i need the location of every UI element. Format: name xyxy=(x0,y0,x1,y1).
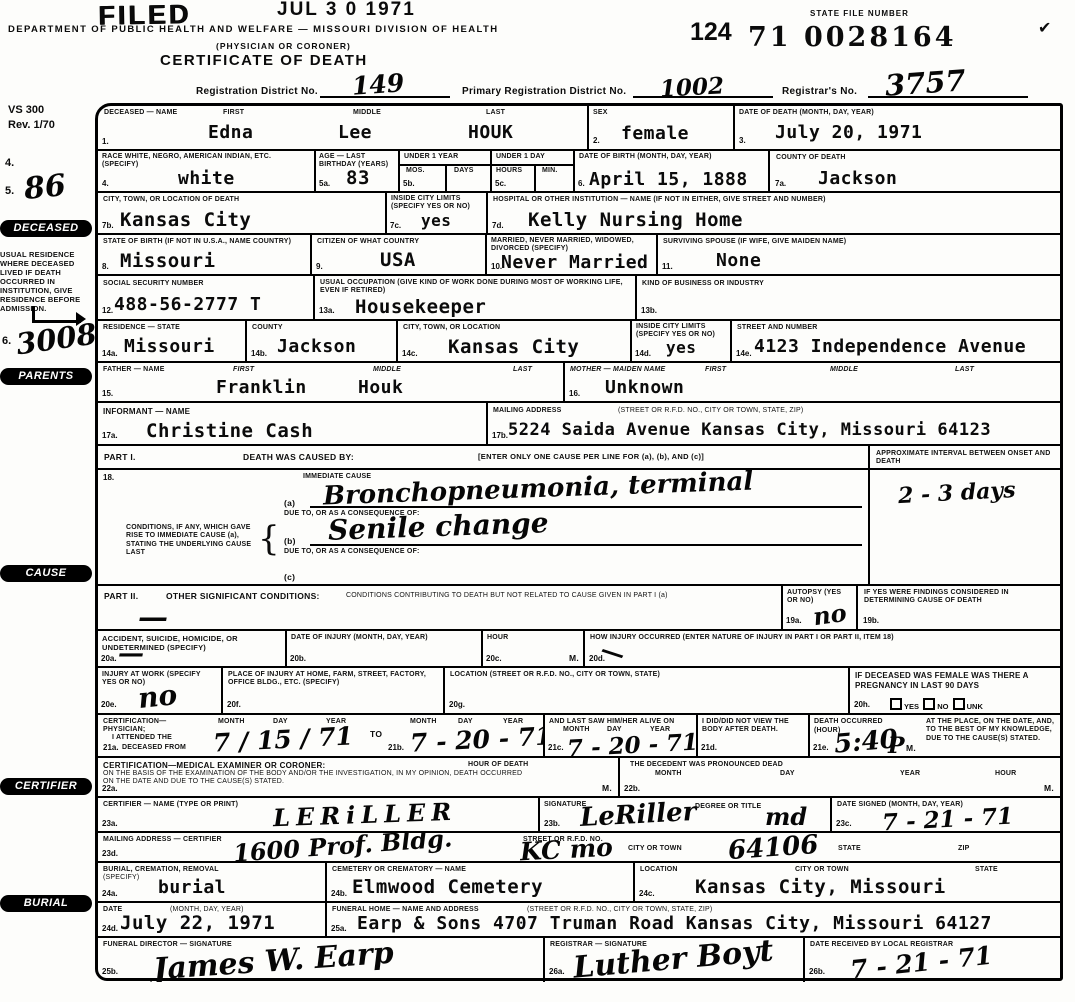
date-of-death-label: DATE OF DEATH (MONTH, DAY, YEAR) xyxy=(739,109,874,117)
pregnancy-unk-label: UNK xyxy=(967,702,983,711)
pronounced-hour-label: HOUR xyxy=(995,770,1016,778)
middle-name-value: Lee xyxy=(338,124,372,142)
certification-label-3: I ATTENDED THE xyxy=(112,734,172,742)
spouse-value: None xyxy=(716,252,761,270)
county-of-death-label: COUNTY OF DEATH xyxy=(776,154,846,162)
other-significant-label: OTHER SIGNIFICANT CONDITIONS: xyxy=(166,591,320,601)
field-other-significant-conditions: PART II. OTHER SIGNIFICANT CONDITIONS: C… xyxy=(98,586,781,629)
margin-item-6-value: 3008 xyxy=(14,317,99,362)
item-23b: 23b. xyxy=(544,820,560,828)
certificate-form: DECEASED — NAME FIRST MIDDLE LAST 1. Edn… xyxy=(95,103,1063,981)
under-1-year-label: UNDER 1 YEAR xyxy=(404,153,458,161)
field-pregnancy: IF DECEASED WAS FEMALE WAS THERE A PREGN… xyxy=(848,668,1060,713)
street-number-label: STREET AND NUMBER xyxy=(737,324,818,332)
reg-district-value: 149 xyxy=(351,68,405,101)
field-funeral-home: FUNERAL HOME — NAME AND ADDRESS (STREET … xyxy=(325,903,1060,936)
item-11: 11. xyxy=(662,263,673,271)
hour-of-injury-label: HOUR xyxy=(487,634,508,642)
field-state-of-birth: STATE OF BIRTH (IF NOT IN U.S.A., NAME C… xyxy=(98,235,310,274)
certification-label-4: DECEASED FROM xyxy=(122,744,186,752)
informant-label: INFORMANT — NAME xyxy=(103,407,190,417)
pronounced-m-label: M. xyxy=(1044,783,1054,793)
date-of-injury-label: DATE OF INJURY (MONTH, DAY, YEAR) xyxy=(291,634,428,642)
item-22b: 22b. xyxy=(624,785,640,793)
field-under-1-year: UNDER 1 YEAR MOS. DAYS 5b. xyxy=(398,151,490,191)
field-place-of-injury: PLACE OF INJURY AT HOME, FARM, STREET, F… xyxy=(221,668,443,713)
margin-item-6: 6. xyxy=(2,336,11,347)
age-value: 83 xyxy=(346,169,370,188)
under-1-day-label: UNDER 1 DAY xyxy=(496,153,545,161)
pregnancy-yes-checkbox xyxy=(890,698,902,710)
item-8: 8. xyxy=(102,263,109,271)
field-last-saw-alive: AND LAST SAW HIM/HER ALIVE ON MONTH DAY … xyxy=(543,715,696,756)
item-7a: 7a. xyxy=(775,180,786,188)
item-18: 18. xyxy=(103,474,114,482)
caused-by-label: DEATH WAS CAUSED BY: xyxy=(243,452,354,462)
field-burial-date: DATE (MONTH, DAY, YEAR) 24d. July 22, 19… xyxy=(98,903,325,936)
part2-handwritten-dash: — xyxy=(138,600,168,629)
field-industry: KIND OF BUSINESS OR INDUSTRY 13b. xyxy=(635,276,1060,319)
field-certifier-signature: SIGNATURE 23b. LeRiller DEGREE OR TITLE … xyxy=(538,798,830,831)
field-mother-name: MOTHER — MAIDEN NAME FIRST MIDDLE LAST 1… xyxy=(563,363,1060,401)
sex-value: female xyxy=(621,125,689,143)
field-certification-me: CERTIFICATION—MEDICAL EXAMINER OR CORONE… xyxy=(98,758,618,796)
spouse-label: SURVIVING SPOUSE (IF WIFE, GIVE MAIDEN N… xyxy=(663,238,846,246)
mother-name-label: MOTHER — MAIDEN NAME xyxy=(570,366,665,374)
death-hour-m-label: M. xyxy=(906,743,916,753)
checkmark-icon: ✔ xyxy=(1038,18,1051,38)
residence-county-label: COUNTY xyxy=(252,324,283,332)
field-funeral-director-signature: FUNERAL DIRECTOR — SIGNATURE 25b. James … xyxy=(98,938,543,982)
item-23a: 23a. xyxy=(102,820,118,828)
primary-district-label: Primary Registration District No. xyxy=(462,86,626,98)
cause-a-label: (a) xyxy=(284,498,295,508)
field-certifier-mailing-address: MAILING ADDRESS — CERTIFIER 23d. 1600 Pr… xyxy=(98,833,1060,861)
race-value: white xyxy=(178,170,235,188)
item-14c: 14c. xyxy=(402,350,418,358)
due-to-2-label: DUE TO, OR AS A CONSEQUENCE OF: xyxy=(284,548,420,556)
pronounced-month-label: MONTH xyxy=(655,770,682,778)
certifier-street-value: 1600 Prof. Bldg. xyxy=(232,833,453,861)
burial-type-value: burial xyxy=(158,879,226,897)
item-20g: 20g. xyxy=(449,701,465,709)
mother-value: Unknown xyxy=(605,379,684,397)
last-label: LAST xyxy=(486,109,505,117)
item-20h: 20h. xyxy=(854,701,870,709)
certifier-name-value: LERiLLER xyxy=(273,798,458,831)
cemetery-city-label: CITY OR TOWN xyxy=(795,866,849,874)
item-7c: 7c. xyxy=(390,222,401,230)
field-certifier-name: CERTIFIER — NAME (TYPE OR PRINT) 23a. LE… xyxy=(98,798,538,831)
field-date-of-birth: DATE OF BIRTH (MONTH, DAY, YEAR) 6. Apri… xyxy=(573,151,768,191)
death-certificate-page: DEPARTMENT OF PUBLIC HEALTH AND WELFARE … xyxy=(0,0,1075,1002)
first-name-value: Edna xyxy=(208,124,253,142)
field-injury-location: LOCATION (STREET OR R.F.D. NO., CITY OR … xyxy=(443,668,848,713)
item-20f: 20f. xyxy=(227,701,241,709)
last-saw-month-label: MONTH xyxy=(563,726,590,734)
certifier-city-value: KC mo xyxy=(519,833,613,861)
father-middle-label: MIDDLE xyxy=(373,366,401,374)
viewed-body-label: I DID/DID NOT VIEW THE BODY AFTER DEATH. xyxy=(702,718,806,735)
certifier-name-label: CERTIFIER — NAME (TYPE OR PRINT) xyxy=(103,801,238,809)
certifier-section-tab: CERTIFIER xyxy=(0,778,92,795)
item-21b: 21b. xyxy=(388,744,404,752)
other-significant-sublabel: CONDITIONS CONTRIBUTING TO DEATH BUT NOT… xyxy=(346,592,776,600)
first-label: FIRST xyxy=(223,109,244,117)
father-first-label: FIRST xyxy=(233,366,254,374)
me-m-label: M. xyxy=(602,783,612,793)
item-5c: 5c. xyxy=(495,180,506,188)
state-file-number-label: STATE FILE NUMBER xyxy=(810,9,909,19)
item-14d: 14d. xyxy=(635,350,651,358)
item-6: 6. xyxy=(578,180,585,188)
item-7b: 7b. xyxy=(102,222,114,230)
residence-city-label: CITY, TOWN, OR LOCATION xyxy=(403,324,500,332)
days-label: DAYS xyxy=(454,167,474,175)
field-cemetery-location: LOCATION CITY OR TOWN STATE 24c. Kansas … xyxy=(633,863,1060,901)
item-19b: 19b. xyxy=(863,617,879,625)
certifier-state-label: STATE xyxy=(838,845,861,853)
cause-b-value: Senile change xyxy=(327,506,549,547)
field-viewed-body: I DID/DID NOT VIEW THE BODY AFTER DEATH.… xyxy=(696,715,808,756)
field-age: AGE — LAST BIRTHDAY (YEARS) 5a. 83 xyxy=(314,151,398,191)
item-21c: 21c. xyxy=(548,744,564,752)
registrar-no-value: 3757 xyxy=(884,63,967,103)
accident-handwritten-dash: — xyxy=(118,639,144,666)
interval-label: APPROXIMATE INTERVAL BETWEEN ONSET AND D… xyxy=(876,450,1056,467)
injury-at-work-value: no xyxy=(136,678,178,713)
deceased-name-label: DECEASED — NAME xyxy=(104,109,177,117)
sex-label: SEX xyxy=(593,109,608,117)
field-date-of-death: DATE OF DEATH (MONTH, DAY, YEAR) 3. July… xyxy=(733,106,1060,149)
state-of-birth-value: Missouri xyxy=(120,252,216,271)
certifier-zip-label: ZIP xyxy=(958,845,970,853)
field-residence-city: CITY, TOWN, OR LOCATION 14c. Kansas City xyxy=(396,321,630,361)
marital-value: Never Married xyxy=(501,254,648,272)
autopsy-value: no xyxy=(811,598,848,629)
deceased-section-tab: DECEASED xyxy=(0,220,92,237)
usual-residence-note: USUAL RESIDENCE WHERE DECEASED LIVED IF … xyxy=(0,250,86,313)
cemetery-state-label: STATE xyxy=(975,866,998,874)
hour-of-death-label: HOUR OF DEATH xyxy=(468,761,528,769)
field-informant-address: MAILING ADDRESS (STREET OR R.F.D. NO., C… xyxy=(486,403,1060,444)
degree-or-title-value: md xyxy=(765,802,807,831)
section-cause-part1: PART I. DEATH WAS CAUSED BY: [ENTER ONLY… xyxy=(98,446,1060,584)
field-occupation: USUAL OCCUPATION (GIVE KIND OF WORK DONE… xyxy=(313,276,635,319)
field-how-injury-occurred: HOW INJURY OCCURRED (ENTER NATURE OF INJ… xyxy=(583,631,1060,666)
item-25a: 25a. xyxy=(331,925,347,933)
father-middle-value: Houk xyxy=(358,379,403,397)
item-17b: 17b. xyxy=(492,432,508,440)
min-label: MIN. xyxy=(542,167,558,175)
form-revision: Rev. 1/70 xyxy=(8,118,55,133)
cemetery-location-value: Kansas City, Missouri xyxy=(695,878,946,897)
item-5a: 5a. xyxy=(319,180,330,188)
father-name-label: FATHER — NAME xyxy=(103,366,165,374)
cemetery-location-label: LOCATION xyxy=(640,866,678,874)
item-1: 1. xyxy=(102,138,109,146)
place-of-injury-label: PLACE OF INJURY AT HOME, FARM, STREET, F… xyxy=(228,671,438,688)
item-20e: 20e. xyxy=(101,701,117,709)
mother-middle-label: MIDDLE xyxy=(830,366,858,374)
field-hour-of-injury: HOUR 20c. M. xyxy=(481,631,583,666)
burial-section-tab: BURIAL xyxy=(0,895,92,912)
field-residence-inside-limits: INSIDE CITY LIMITS (SPECIFY YES OR NO) 1… xyxy=(630,321,730,361)
county-of-death-value: Jackson xyxy=(818,170,897,188)
ssn-label: SOCIAL SECURITY NUMBER xyxy=(103,280,204,288)
item-2: 2. xyxy=(593,137,600,145)
field-inside-city-limits: INSIDE CITY LIMITS (SPECIFY YES OR NO) 7… xyxy=(385,193,486,233)
hour-m-label: M. xyxy=(569,653,579,663)
inside-limits-label: INSIDE CITY LIMITS (SPECIFY YES OR NO) xyxy=(391,195,483,212)
mos-label: MOS. xyxy=(406,167,425,175)
field-date-received: DATE RECEIVED BY LOCAL REGISTRAR 26b. 7 … xyxy=(803,938,1060,982)
mailing-address-sublabel: (STREET OR R.F.D. NO., CITY OR TOWN, STA… xyxy=(618,407,803,415)
item-20b: 20b. xyxy=(290,655,306,663)
field-death-occurred-hour: DEATH OCCURRED (HOUR) 21e. 5:40 P M. AT … xyxy=(808,715,1060,756)
middle-label: MIDDLE xyxy=(353,109,381,117)
burial-date-value: July 22, 1971 xyxy=(120,914,275,933)
field-surviving-spouse: SURVIVING SPOUSE (IF WIFE, GIVE MAIDEN N… xyxy=(656,235,1060,274)
date-of-birth-label: DATE OF BIRTH (MONTH, DAY, YEAR) xyxy=(579,153,739,161)
item-24b: 24b. xyxy=(331,890,347,898)
me-certification-sublabel: ON THE BASIS OF THE EXAMINATION OF THE B… xyxy=(103,770,523,787)
informant-value: Christine Cash xyxy=(146,422,313,441)
item-26a: 26a. xyxy=(549,968,565,976)
pronounced-year-label: YEAR xyxy=(900,770,920,778)
residence-state-value: Missouri xyxy=(124,338,215,356)
primary-district-value: 1002 xyxy=(659,72,724,102)
part2-label: PART II. xyxy=(104,591,138,601)
field-autopsy-findings: IF YES WERE FINDINGS CON­SIDERED IN DETE… xyxy=(856,586,1060,629)
interval-value: 2 - 3 days xyxy=(897,477,1016,509)
field-ssn: SOCIAL SECURITY NUMBER 12. 488-56-2777 T xyxy=(98,276,313,319)
field-residence-county: COUNTY 14b. Jackson xyxy=(245,321,396,361)
item-23d: 23d. xyxy=(102,850,118,858)
pregnancy-no-checkbox xyxy=(923,698,935,710)
field-burial-type: BURIAL, CREMATION, REMOVAL (SPECIFY) 24a… xyxy=(98,863,325,901)
item-21d: 21d. xyxy=(701,744,717,752)
cause-a-value: Bronchopneumonia, terminal xyxy=(323,466,754,511)
part1-label: PART I. xyxy=(104,452,136,462)
inside-limits-value: yes xyxy=(421,213,451,229)
mother-first-label: FIRST xyxy=(705,366,726,374)
from-month-label: MONTH xyxy=(218,718,245,726)
father-first-value: Franklin xyxy=(216,379,307,397)
field-cemetery: CEMETERY OR CREMATORY — NAME 24b. Elmwoo… xyxy=(325,863,633,901)
field-citizen: CITIZEN OF WHAT COUNTRY 9. USA xyxy=(310,235,485,274)
field-deceased-name: DECEASED — NAME FIRST MIDDLE LAST 1. Edn… xyxy=(98,106,587,149)
conditions-label: CONDITIONS, IF ANY, WHICH GAVE RISE TO I… xyxy=(126,524,261,558)
residence-city-value: Kansas City xyxy=(448,338,579,357)
field-marital-status: MARRIED, NEVER MARRIED, WIDOWED, DIVORCE… xyxy=(485,235,656,274)
occupation-value: Housekeeper xyxy=(355,298,486,317)
item-25b: 25b. xyxy=(102,968,118,976)
certifier-city-label: CITY OR TOWN xyxy=(628,845,682,853)
state-file-prefix: 124 xyxy=(690,20,732,45)
mailing-address-label: MAILING ADDRESS xyxy=(493,407,561,415)
field-date-of-injury: DATE OF INJURY (MONTH, DAY, YEAR) 20b. xyxy=(285,631,481,666)
field-hospital: HOSPITAL OR OTHER INSTITUTION — NAME (IF… xyxy=(486,193,1060,233)
residence-inside-value: yes xyxy=(666,340,696,356)
registrar-no-label: Registrar's No. xyxy=(782,86,857,98)
field-sex: SEX 2. female xyxy=(587,106,733,149)
death-hour-ampm: P xyxy=(888,733,905,756)
item-22a: 22a. xyxy=(102,785,118,793)
cause-b-label: (b) xyxy=(284,536,296,546)
informant-address-value: 5224 Saida Avenue Kansas City, Missouri … xyxy=(508,422,991,439)
item-24a: 24a. xyxy=(102,890,118,898)
field-under-1-day: UNDER 1 DAY HOURS MIN. 5c. xyxy=(490,151,573,191)
field-accident-suicide: ACCIDENT, SUICIDE, HOMICIDE, OR UNDETERM… xyxy=(98,631,285,666)
citizen-label: CITIZEN OF WHAT COUNTRY xyxy=(317,238,419,246)
mailing-address-certifier-label: MAILING ADDRESS — CERTIFIER xyxy=(103,836,222,844)
pregnancy-label: IF DECEASED WAS FEMALE WAS THERE A PREGN… xyxy=(855,671,1055,690)
field-pronounced-dead: THE DECEDENT WAS PRONOUNCED DEAD MONTH D… xyxy=(618,758,1060,796)
industry-label: KIND OF BUSINESS OR INDUSTRY xyxy=(642,280,764,288)
cemetery-label: CEMETERY OR CREMATORY — NAME xyxy=(332,866,466,874)
field-father-name: FATHER — NAME FIRST MIDDLE LAST 15. Fran… xyxy=(98,363,563,401)
item-12: 12. xyxy=(102,307,113,315)
item-4: 4. xyxy=(102,180,109,188)
margin-item-5: 5. xyxy=(5,186,14,197)
conditions-brace: { xyxy=(258,522,280,556)
certifier-signature-value: LeRiller xyxy=(579,798,697,831)
one-cause-note: [ENTER ONLY ONE CAUSE PER LINE FOR (a), … xyxy=(478,452,704,461)
cemetery-value: Elmwood Cemetery xyxy=(352,878,543,897)
item-20a: 20a. xyxy=(101,655,117,663)
item-21a: 21a. xyxy=(103,744,119,752)
field-autopsy: AUTOPSY (YES OR NO) 19a. no xyxy=(781,586,856,629)
item-24c: 24c. xyxy=(639,890,655,898)
filed-date-stamp: JUL 3 0 1971 xyxy=(277,0,416,19)
injury-location-label: LOCATION (STREET OR R.F.D. NO., CITY OR … xyxy=(450,671,840,679)
last-name-value: HOUK xyxy=(468,124,513,142)
item-14e: 14e. xyxy=(736,350,752,358)
attended-to-value: 7 - 20 - 71 xyxy=(409,721,543,756)
item-13a: 13a. xyxy=(319,307,335,315)
state-of-birth-label: STATE OF BIRTH (IF NOT IN U.S.A., NAME C… xyxy=(103,238,303,246)
item-13b: 13b. xyxy=(641,307,657,315)
field-certification-physician: CERTIFICATION— PHYSICIAN; I ATTENDED THE… xyxy=(98,715,543,756)
item-20c: 20c. xyxy=(486,655,502,663)
item-19a: 19a. xyxy=(786,617,802,625)
cause-c-label: (c) xyxy=(284,572,295,582)
field-race: RACE WHITE, NEGRO, AMERICAN INDIAN, ETC.… xyxy=(98,151,314,191)
citizen-value: USA xyxy=(380,251,416,270)
death-occurred-label: DEATH OCCURRED xyxy=(814,718,883,726)
city-of-death-value: Kansas City xyxy=(120,211,251,230)
parents-section-tab: PARENTS xyxy=(0,368,92,385)
item-23c: 23c. xyxy=(836,820,852,828)
item-15: 15. xyxy=(102,390,113,398)
physician-or-coroner-label: (PHYSICIAN OR CORONER) xyxy=(216,41,351,51)
state-file-number: 71 0028164 xyxy=(748,24,956,51)
residence-state-label: RESIDENCE — STATE xyxy=(103,324,180,332)
degree-or-title-label: DEGREE OR TITLE xyxy=(695,803,761,811)
hospital-value: Kelly Nursing Home xyxy=(528,211,743,230)
hospital-label: HOSPITAL OR OTHER INSTITUTION — NAME (IF… xyxy=(493,196,1053,204)
at-place-note: AT THE PLACE, ON THE DATE, AND, TO THE B… xyxy=(926,718,1060,743)
to-month-label: MONTH xyxy=(410,718,437,726)
field-street-number: STREET AND NUMBER 14e. 4123 Independence… xyxy=(730,321,1060,361)
ssn-value: 488-56-2777 T xyxy=(114,296,261,314)
item-5b: 5b. xyxy=(403,180,415,188)
pregnancy-unk-checkbox xyxy=(953,698,965,710)
cause-section-tab: CAUSE xyxy=(0,565,92,582)
margin-item-5-value: 86 xyxy=(22,168,67,207)
item-3: 3. xyxy=(739,137,746,145)
hours-label: HOURS xyxy=(496,167,522,175)
street-number-value: 4123 Independence Avenue xyxy=(754,338,1026,356)
date-of-birth-value: April 15, 1888 xyxy=(589,171,748,189)
item-16: 16. xyxy=(569,390,580,398)
reg-district-label: Registration District No. xyxy=(196,86,318,98)
field-date-signed: DATE SIGNED (MONTH, DAY, YEAR) 23c. 7 - … xyxy=(830,798,1060,831)
findings-label: IF YES WERE FINDINGS CON­SIDERED IN DETE… xyxy=(864,589,1059,606)
item-21e: 21e. xyxy=(813,744,829,752)
item-7d: 7d. xyxy=(492,222,504,230)
funeral-home-value: Earp & Sons 4707 Truman Road Kansas City… xyxy=(357,915,992,933)
occupation-label: USUAL OCCUPATION (GIVE KIND OF WORK DONE… xyxy=(320,279,630,296)
pronounced-day-label: DAY xyxy=(780,770,795,778)
item-26b: 26b. xyxy=(809,968,825,976)
form-number: VS 300 xyxy=(8,103,44,118)
field-residence-state: RESIDENCE — STATE 14a. Missouri xyxy=(98,321,245,361)
margin-item-4: 4. xyxy=(5,158,14,169)
item-24d: 24d. xyxy=(102,925,118,933)
field-county-of-death: COUNTY OF DEATH 7a. Jackson xyxy=(768,151,1060,191)
pregnancy-yes-label: YES xyxy=(904,702,919,711)
field-injury-at-work: INJURY AT WORK (SPECIFY YES OR NO) 20e. … xyxy=(98,668,221,713)
mother-last-label: LAST xyxy=(955,366,974,374)
residence-county-value: Jackson xyxy=(277,338,356,356)
father-last-label: LAST xyxy=(513,366,532,374)
city-of-death-label: CITY, TOWN, OR LOCATION OF DEATH xyxy=(103,196,239,204)
item-14a: 14a. xyxy=(102,350,118,358)
date-of-death-value: July 20, 1971 xyxy=(775,124,922,142)
to-label: TO xyxy=(370,729,382,739)
certificate-title: CERTIFICATE OF DEATH xyxy=(160,53,368,68)
pregnancy-no-label: NO xyxy=(937,702,948,711)
pronounced-label: THE DECEDENT WAS PRONOUNCED DEAD xyxy=(630,761,783,769)
filed-stamp: FILED xyxy=(98,1,191,30)
certifier-zip-value: 64106 xyxy=(727,833,819,861)
field-city-of-death: CITY, TOWN, OR LOCATION OF DEATH 7b. Kan… xyxy=(98,193,385,233)
item-9: 9. xyxy=(316,263,323,271)
how-injury-label: HOW INJURY OCCURRED (ENTER NATURE OF INJ… xyxy=(590,634,1050,642)
item-17a: 17a. xyxy=(102,432,118,440)
item-14b: 14b. xyxy=(251,350,267,358)
burial-type-sublabel: (SPECIFY) xyxy=(103,874,139,882)
field-registrar-signature: REGISTRAR — SIGNATURE 26a. Luther Boyt xyxy=(543,938,803,982)
attended-from-value: 7 / 15 / 71 xyxy=(212,721,353,756)
field-informant: INFORMANT — NAME 17a. Christine Cash xyxy=(98,403,486,444)
